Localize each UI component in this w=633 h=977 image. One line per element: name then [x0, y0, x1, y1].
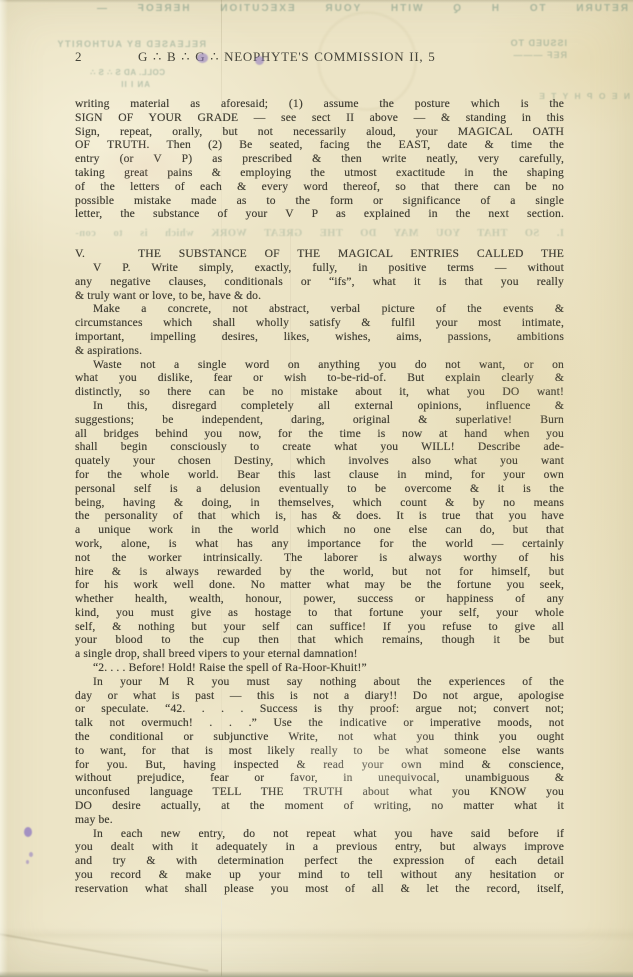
horizontal-fold-crease: [0, 928, 633, 942]
text-line: circumstances which shall wholly satisfy…: [75, 316, 564, 330]
purple-ink-spot: [24, 827, 32, 837]
text-line: taking great pains & employing the utmos…: [75, 166, 564, 180]
text-line: V. THE SUBSTANCE OF THE MAGICAL ENTRIES …: [75, 247, 564, 261]
purple-ink-spot: [26, 860, 29, 864]
page-bottom-edge: [0, 971, 633, 977]
text-line: for you. But, having inspected & read yo…: [75, 758, 564, 772]
text-line: day or what is past — this is not a diar…: [75, 689, 564, 703]
page-number: 2: [75, 49, 82, 65]
text-line: Waste not a single word on anything you …: [75, 358, 564, 372]
text-line: the conditional or subjunctive Write, no…: [75, 730, 564, 744]
text-line: important, impelling desires, likes, wis…: [75, 330, 564, 344]
paragraph-each-new-entry: In each new entry, do not repeat what yo…: [75, 827, 564, 896]
diagonal-crease: [0, 930, 208, 971]
text-line: a single drop, shall breed vipers to you…: [75, 647, 564, 661]
paragraph-magical-record: In your M R you must say nothing about t…: [75, 675, 564, 827]
bleedthrough-an: AN I II: [98, 80, 150, 89]
text-line: not the worker intrinsically. The labore…: [75, 551, 564, 565]
text-line: OF TRUTH. Then (2) Be seated, facing the…: [75, 138, 564, 152]
text-line: suggestions; be independent, daring, ori…: [75, 413, 564, 427]
document-title: G ∴ B ∴ G ∴ NEOPHYTE'S COMMISSION II, 5: [138, 49, 435, 65]
text-line: In your M R you must say nothing about t…: [75, 675, 564, 689]
text-line: the personality of that which is, has & …: [75, 509, 564, 523]
page-left-edge: [0, 0, 8, 977]
bleedthrough-issued-to: ISSUED TO: [505, 38, 567, 48]
text-line: personal self is a delusion eventually t…: [75, 482, 564, 496]
text-line: and try & with determination perfect the…: [75, 854, 564, 868]
text-line: V P. Write simply, exactly, fully, in po…: [75, 261, 564, 275]
text-line: being, having & doing, in themselves, wh…: [75, 496, 564, 510]
text-line: & truly want or love, to be, have & do.: [75, 289, 564, 303]
bleedthrough-released-by-authority: RELEASED BY AUTHORITY: [0, 39, 206, 49]
purple-ink-spot: [29, 852, 33, 857]
text-line: self, & nothing but your self can suffic…: [75, 620, 564, 634]
paragraph-concrete-picture: Make a concrete, not abstract, verbal pi…: [75, 302, 564, 357]
text-line: a unique work in the world which no one …: [75, 523, 564, 537]
text-line: kind, you must give as hostage to that f…: [75, 606, 564, 620]
text-line: unconfused language TELL THE TRUTH about…: [75, 785, 564, 799]
body-text: writing material as aforesaid; (1) assum…: [75, 97, 564, 896]
paragraph-disregard-opinions: In this, disregard completely all extern…: [75, 399, 564, 661]
text-line: In this, disregard completely all extern…: [75, 399, 564, 413]
bleedthrough-coll-ad: COLL. AD S ∴ S ∴: [85, 68, 165, 77]
text-line: DO desire actually, at the moment of wri…: [75, 799, 564, 813]
text-line: hire & is always rewarded by the world, …: [75, 565, 564, 579]
text-line: for the whole world. Bear this last clau…: [75, 468, 564, 482]
text-line: entry (or V P) as prescribed & then writ…: [75, 152, 564, 166]
text-line: writing material as aforesaid; (1) assum…: [75, 97, 564, 111]
text-line: In each new entry, do not repeat what yo…: [75, 827, 564, 841]
text-line: SIGN OF YOUR GRADE — see sect II above —…: [75, 111, 564, 125]
page-top-edge: [0, 0, 633, 3]
text-line: may be.: [75, 813, 564, 827]
paragraph-continuation: writing material as aforesaid; (1) assum…: [75, 97, 564, 221]
text-line: Sign, repeat, orally, but not necessaril…: [75, 125, 564, 139]
page-header: 2 G ∴ B ∴ G ∴ NEOPHYTE'S COMMISSION II, …: [75, 49, 564, 65]
text-line: to want, for that is most likely really …: [75, 744, 564, 758]
text-line: work, alone, is what has any importance …: [75, 537, 564, 551]
text-line: quately your chosen Destiny, which invol…: [75, 454, 564, 468]
text-line: all bridges behind you now, for the time…: [75, 427, 564, 441]
text-line: without prejudice, fear or favor, in une…: [75, 771, 564, 785]
text-line: shall begin consciously to create what y…: [75, 440, 564, 454]
section-v-heading: V. THE SUBSTANCE OF THE MAGICAL ENTRIES …: [75, 247, 564, 261]
text-line: of the letters of each & every word ther…: [75, 180, 564, 194]
text-line: what you dislike, fear or wish to-be-rid…: [75, 371, 564, 385]
text-line: or speculate. “42. . . . Success is thy …: [75, 702, 564, 716]
text-line: your blood to the cup then that which re…: [75, 633, 564, 647]
document-page: RETURN TO H Q WITH YOUR EXECUTION HEREOF…: [0, 0, 633, 977]
paragraph-vp-definition: V P. Write simply, exactly, fully, in po…: [75, 261, 564, 302]
text-line: for his work well done. No matter what m…: [75, 578, 564, 592]
paragraph-quote: “2. . . . Before! Hold! Raise the spell …: [75, 661, 564, 675]
text-line: you dealt with it adequately in a previo…: [75, 840, 564, 854]
text-line: letter, the substance of your V P as exp…: [75, 207, 564, 221]
text-line: reservation what shall please you most o…: [75, 882, 564, 896]
paragraph-waste-not: Waste not a single word on anything you …: [75, 358, 564, 399]
text-line: talk not overmuch! . . .” Use the indica…: [75, 716, 564, 730]
text-line: you record & make up your mind to tell w…: [75, 868, 564, 882]
text-line: whether health, wealth, honour, power, s…: [75, 592, 564, 606]
text-line: distinctly, so there can be no mistake a…: [75, 385, 564, 399]
text-line: possible mistake made as to the form or …: [75, 194, 564, 208]
text-line: & aspirations.: [75, 344, 564, 358]
text-line: “2. . . . Before! Hold! Raise the spell …: [75, 661, 564, 675]
text-line: Make a concrete, not abstract, verbal pi…: [75, 302, 564, 316]
text-line: any negative clauses, conditionals or “i…: [75, 275, 564, 289]
